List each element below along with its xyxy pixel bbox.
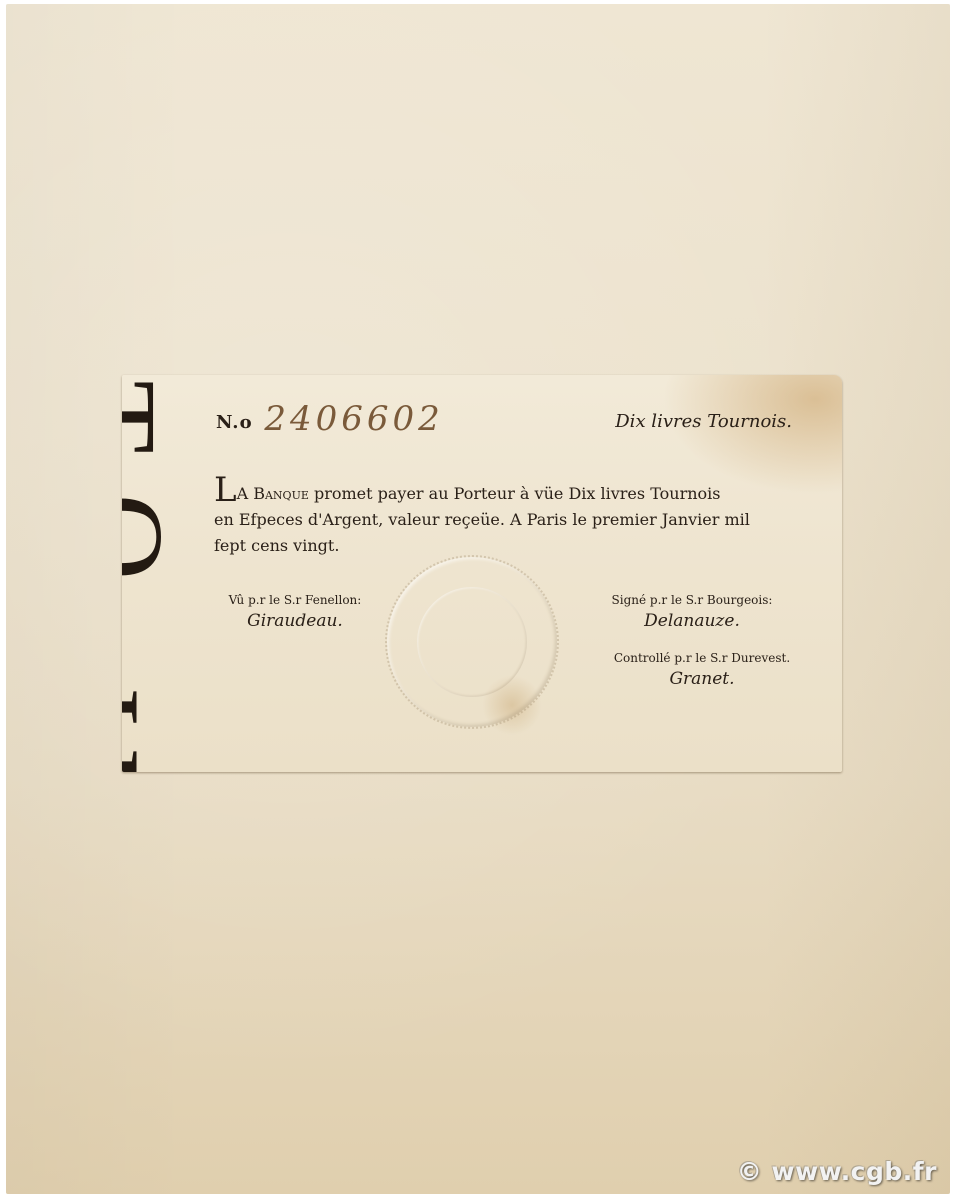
promise-line-1: promet payer au Porteur à vüe Dix livres… (309, 484, 721, 503)
signature-name: Delanauze. (582, 611, 802, 631)
serial-number: N.o 2406602 (216, 397, 444, 437)
promise-line-2: en Efpeces d'Argent, valeur reçeüe. A Pa… (214, 510, 750, 529)
signature-label: Vû p.r le S.r Fenellon: (200, 593, 390, 607)
truncated-side-lettering: T O I I (122, 375, 188, 772)
signature-name: Giraudeau. (200, 611, 390, 631)
promise-line-3: fept cens vingt. (214, 536, 339, 555)
copyright-watermark: © www.cgb.fr (737, 1157, 937, 1186)
number-prefix: N.o (216, 412, 253, 433)
bank-name: A Banque (237, 484, 309, 503)
signature-label: Controllé p.r le S.r Durevest. (582, 651, 822, 665)
drop-cap: L (214, 470, 237, 510)
side-letter: I (122, 687, 158, 727)
signature-right-bottom: Controllé p.r le S.r Durevest. Granet. (582, 651, 822, 689)
signature-name: Granet. (582, 669, 822, 689)
promise-text: LA Banque promet payer au Porteur à vüe … (214, 477, 784, 559)
signature-left: Vû p.r le S.r Fenellon: Giraudeau. (200, 593, 390, 631)
signature-label: Signé p.r le S.r Bourgeois: (582, 593, 802, 607)
side-letter: O (122, 494, 181, 581)
side-letter: T (122, 380, 175, 453)
side-letter: I (122, 747, 158, 772)
denomination-header: Dix livres Tournois. (615, 411, 792, 432)
embossed-seal-icon (385, 555, 559, 729)
signature-right-top: Signé p.r le S.r Bourgeois: Delanauze. (582, 593, 802, 631)
seal-inner-ring (417, 587, 527, 697)
banknote: T O I I N.o 2406602 Dix livres Tournois.… (122, 375, 842, 772)
handwritten-serial: 2406602 (264, 399, 443, 439)
